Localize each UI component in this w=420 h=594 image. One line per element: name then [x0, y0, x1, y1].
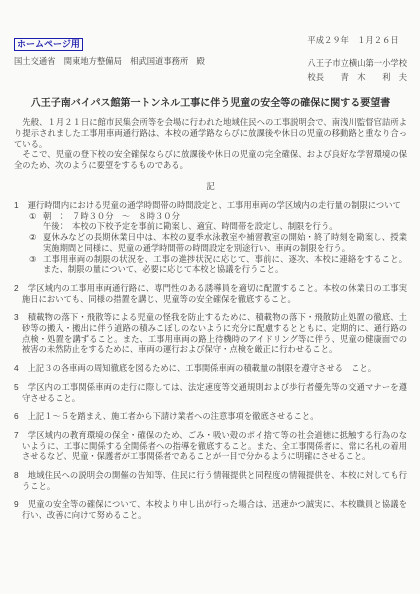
request-item-9: 9児童の安全等の確保について、本校より申し出が行った場合は、迅速かつ誠実に、本校… — [14, 499, 407, 520]
request-body: 積載物の落下・飛散等による児童の怪我を防止するために、積載物の落下・飛散防止処置… — [22, 312, 407, 354]
request-body: 学区域内の教育環境の保全・確保のため、ごみ・吸い殻のポイ捨て等の社会道徳に抵触す… — [22, 430, 407, 461]
sub-item: 午後： 本校の下校予定を事前に勘案し、適宜、時間帯を設定し、制限を行う。 — [29, 221, 407, 232]
request-body: 運行時間内における児童の通学時間帯の時間設定と、工事用車両の学区域内の走行量の制… — [28, 200, 401, 210]
sub-item-marker: ③ — [29, 254, 43, 275]
request-body: 学区域内の工事用車両通行路に、専門性のある誘導員を適切に配置すること。本校の休業… — [22, 283, 407, 304]
request-number: 8 — [14, 470, 19, 480]
request-text: 2学区域内の工事用車両通行路に、専門性のある誘導員を適切に配置すること。本校の休… — [14, 283, 407, 304]
request-number: 7 — [14, 430, 19, 440]
request-text: 8地域住民への説明会の開催の告知等、住民に行う情報提供と同程度の情報提供を、本校… — [14, 470, 407, 491]
sub-item: ③ 工事用車両の制限の状況を、工事の進捗状況に応じて、事前に、逐次、本校に連絡を… — [29, 254, 407, 275]
sub-item-text: 朝 ： ７時３０分 ～ ８時３０分 — [43, 211, 407, 222]
sender-school: 八王子市立横山第一小学校 — [307, 57, 407, 69]
request-body: 学区内の工事関係車両の走行に際しては、法定速度等交通規則および歩行者優先等の交通… — [22, 382, 407, 403]
sub-item-marker — [29, 221, 43, 232]
request-number: 5 — [14, 382, 19, 392]
request-item-4: 4上記３の各車両の周知徹底を図るために、工事関係車両の積載量の制限を遵守させる … — [14, 363, 407, 374]
header-left: ホームページ用 国土交通省 関東地方整備局 相武国道事務所 殿 — [14, 34, 205, 67]
document-title: 八王子南バイパス館第一トンネル工事に伴う児童の安全等の確保に関する要望書 — [14, 94, 407, 109]
intro-paragraph-2: そこで、児童の登下校の安全確保ならびに放課後や休日の児童の完全確保、および良好な… — [14, 149, 407, 171]
request-item-1: 1運行時間内における児童の通学時間帯の時間設定と、工事用車両の学区域内の走行量の… — [14, 200, 407, 275]
request-number: 9 — [14, 499, 19, 509]
request-text: 3積載物の落下・飛散等による児童の怪我を防止するために、積載物の落下・飛散防止処… — [14, 312, 407, 355]
request-body: 児童の安全等の確保について、本校より申し出が行った場合は、迅速かつ誠実に、本校職… — [22, 499, 407, 520]
request-text: 1運行時間内における児童の通学時間帯の時間設定と、工事用車両の学区域内の走行量の… — [14, 200, 407, 211]
request-number: 1 — [14, 200, 19, 210]
sub-item-text: 夏休みなどの長期休業日中は、本校の夏季水泳教室や補習教室の開始・終了時刻を勘案し… — [43, 232, 407, 253]
request-text: 5学区内の工事関係車両の走行に際しては、法定速度等交通規則および歩行者優先等の交… — [14, 382, 407, 403]
sub-item-text: 工事用車両の制限の状況を、工事の進捗状況に応じて、事前に、逐次、本校に連絡をする… — [43, 254, 407, 275]
request-item-3: 3積載物の落下・飛散等による児童の怪我を防止するために、積載物の落下・飛散防止処… — [14, 312, 407, 355]
sub-item-text: 午後： 本校の下校予定を事前に勘案し、適宜、時間帯を設定し、制限を行う。 — [43, 221, 407, 232]
request-item-2: 2学区域内の工事用車両通行路に、専門性のある誘導員を適切に配置すること。本校の休… — [14, 283, 407, 304]
request-text: 4上記３の各車両の周知徹底を図るために、工事関係車両の積載量の制限を遵守させる … — [14, 363, 407, 374]
sub-item-marker: ① — [29, 211, 43, 222]
sub-item: ① 朝 ： ７時３０分 ～ ８時３０分 — [29, 211, 407, 222]
request-number: 3 — [14, 312, 19, 322]
record-marker: 記 — [14, 180, 407, 192]
addressee-line: 国土交通省 関東地方整備局 相武国道事務所 殿 — [14, 55, 205, 67]
request-item-5: 5学区内の工事関係車両の走行に際しては、法定速度等交通規則および歩行者優先等の交… — [14, 382, 407, 403]
request-text: 7学区域内の教育環境の保全・確保のため、ごみ・吸い殻のポイ捨て等の社会道徳に抵触… — [14, 430, 407, 462]
homepage-label: ホームページ用 — [14, 38, 83, 51]
document-page: ホームページ用 国土交通省 関東地方整備局 相武国道事務所 殿 平成２９年 １月… — [0, 0, 420, 594]
sub-item: ② 夏休みなどの長期休業日中は、本校の夏季水泳教室や補習教室の開始・終了時刻を勘… — [29, 232, 407, 253]
request-body: 地域住民への説明会の開催の告知等、住民に行う情報提供と同程度の情報提供を、本校に… — [22, 470, 407, 491]
sub-item-marker: ② — [29, 232, 43, 253]
request-item-7: 7学区域内の教育環境の保全・確保のため、ごみ・吸い殻のポイ捨て等の社会道徳に抵触… — [14, 430, 407, 462]
request-body: 上記３の各車両の周知徹底を図るために、工事関係車両の積載量の制限を遵守させる こ… — [28, 363, 376, 373]
intro-paragraph-1: 先般、１月２１日に館市民集会所等を会場に行われた地域住民への工事説明会で、南浅川… — [14, 117, 407, 149]
request-text: 6上記１～５を踏まえ、施工者から下請け業者への注意事項を徹底させること。 — [14, 411, 407, 422]
intro-section: 先般、１月２１日に館市民集会所等を会場に行われた地域住民への工事説明会で、南浅川… — [14, 117, 407, 171]
document-date: 平成２９年 １月２６日 — [307, 34, 407, 46]
sender-principal: 校長 青 木 利 夫 — [307, 71, 407, 83]
request-1-sublist: ① 朝 ： ７時３０分 ～ ８時３０分 午後： 本校の下校予定を事前に勘案し、適… — [14, 211, 407, 275]
request-body: 上記１～５を踏まえ、施工者から下請け業者への注意事項を徹底させること。 — [28, 411, 319, 421]
header-right: 平成２９年 １月２６日 八王子市立横山第一小学校 校長 青 木 利 夫 — [307, 34, 407, 83]
request-number: 2 — [14, 283, 19, 293]
request-item-8: 8地域住民への説明会の開催の告知等、住民に行う情報提供と同程度の情報提供を、本校… — [14, 470, 407, 491]
request-item-6: 6上記１～５を踏まえ、施工者から下請け業者への注意事項を徹底させること。 — [14, 411, 407, 422]
document-header: ホームページ用 国土交通省 関東地方整備局 相武国道事務所 殿 平成２９年 １月… — [14, 34, 407, 83]
request-number: 4 — [14, 363, 19, 373]
request-text: 9児童の安全等の確保について、本校より申し出が行った場合は、迅速かつ誠実に、本校… — [14, 499, 407, 520]
request-number: 6 — [14, 411, 19, 421]
